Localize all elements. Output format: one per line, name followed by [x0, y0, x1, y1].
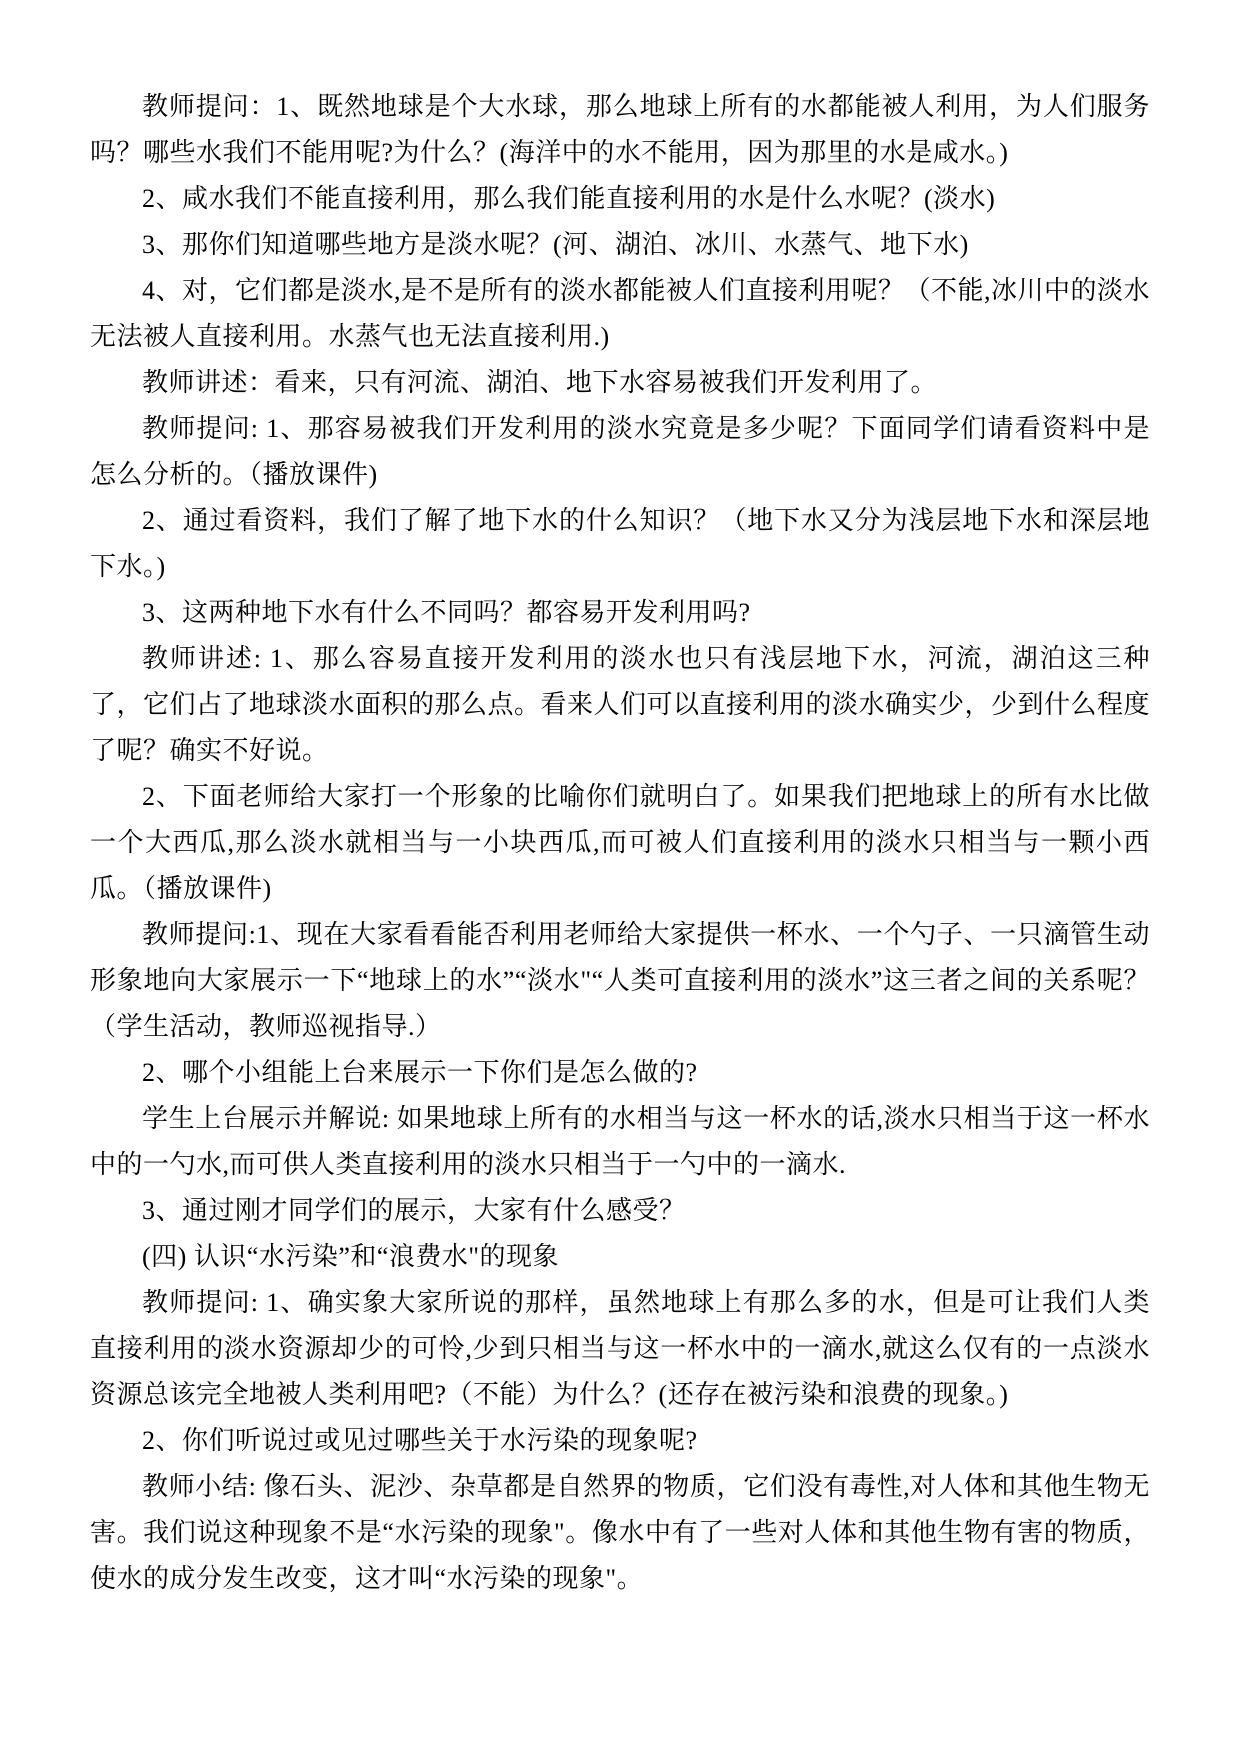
paragraph-question-2-salt-water: 2、咸水我们不能直接利用，那么我们能直接利用的水是什么水呢？(淡水)	[90, 176, 1150, 222]
paragraph-question-3-fresh-water-places: 3、那你们知道哪些地方是淡水呢？(河、湖泊、冰川、水蒸气、地下水)	[90, 222, 1150, 268]
paragraph-question-3-groundwater-difference: 3、这两种地下水有什么不同吗？都容易开发利用吗?	[90, 590, 1150, 636]
document-page: 教师提问：1、既然地球是个大水球，那么地球上所有的水都能被人利用，为人们服务吗？…	[0, 0, 1241, 1754]
paragraph-teacher-question-cup-spoon-dropper: 教师提问:1、现在大家看看能否利用老师给大家提供一杯水、一个勺子、一只滴管生动形…	[90, 912, 1150, 1050]
paragraph-question-2-pollution-phenomena: 2、你们听说过或见过哪些关于水污染的现象呢?	[90, 1418, 1150, 1464]
document-body: 教师提问：1、既然地球是个大水球，那么地球上所有的水都能被人利用，为人们服务吗？…	[90, 84, 1150, 1602]
paragraph-question-4-direct-use: 4、对，它们都是淡水,是不是所有的淡水都能被人们直接利用呢？（不能,冰川中的淡水…	[90, 268, 1150, 360]
paragraph-teacher-narration-rivers-lakes: 教师讲述：看来，只有河流、湖泊、地下水容易被我们开发利用了。	[90, 360, 1150, 406]
paragraph-teacher-summary-pollution-definition: 教师小结: 像石头、泥沙、杂草都是自然界的物质，它们没有毒性,对人体和其他生物无…	[90, 1464, 1150, 1602]
paragraph-section-four-heading: (四) 认识“水污染”和“浪费水"的现象	[90, 1234, 1150, 1280]
paragraph-teacher-question-scarce-resource: 教师提问: 1、确实象大家所说的那样，虽然地球上有那么多的水，但是可让我们人类直…	[90, 1280, 1150, 1418]
paragraph-student-demo-explanation: 学生上台展示并解说: 如果地球上所有的水相当与这一杯水的话,淡水只相当于这一杯水…	[90, 1096, 1150, 1188]
paragraph-question-2-group-demo: 2、哪个小组能上台来展示一下你们是怎么做的?	[90, 1050, 1150, 1096]
paragraph-teacher-question-how-much-freshwater: 教师提问: 1、那容易被我们开发利用的淡水究竟是多少呢？下面同学们请看资料中是怎…	[90, 406, 1150, 498]
paragraph-question-2-groundwater-knowledge: 2、通过看资料，我们了解了地下水的什么知识？（地下水又分为浅层地下水和深层地下水…	[90, 498, 1150, 590]
paragraph-watermelon-metaphor: 2、下面老师给大家打一个形象的比喻你们就明白了。如果我们把地球上的所有水比做一个…	[90, 774, 1150, 912]
paragraph-teacher-narration-three-kinds: 教师讲述: 1、那么容易直接开发利用的淡水也只有浅层地下水，河流，湖泊这三种了，…	[90, 636, 1150, 774]
paragraph-teacher-question-big-water-ball: 教师提问：1、既然地球是个大水球，那么地球上所有的水都能被人利用，为人们服务吗？…	[90, 84, 1150, 176]
paragraph-question-3-feelings: 3、通过刚才同学们的展示，大家有什么感受？	[90, 1188, 1150, 1234]
